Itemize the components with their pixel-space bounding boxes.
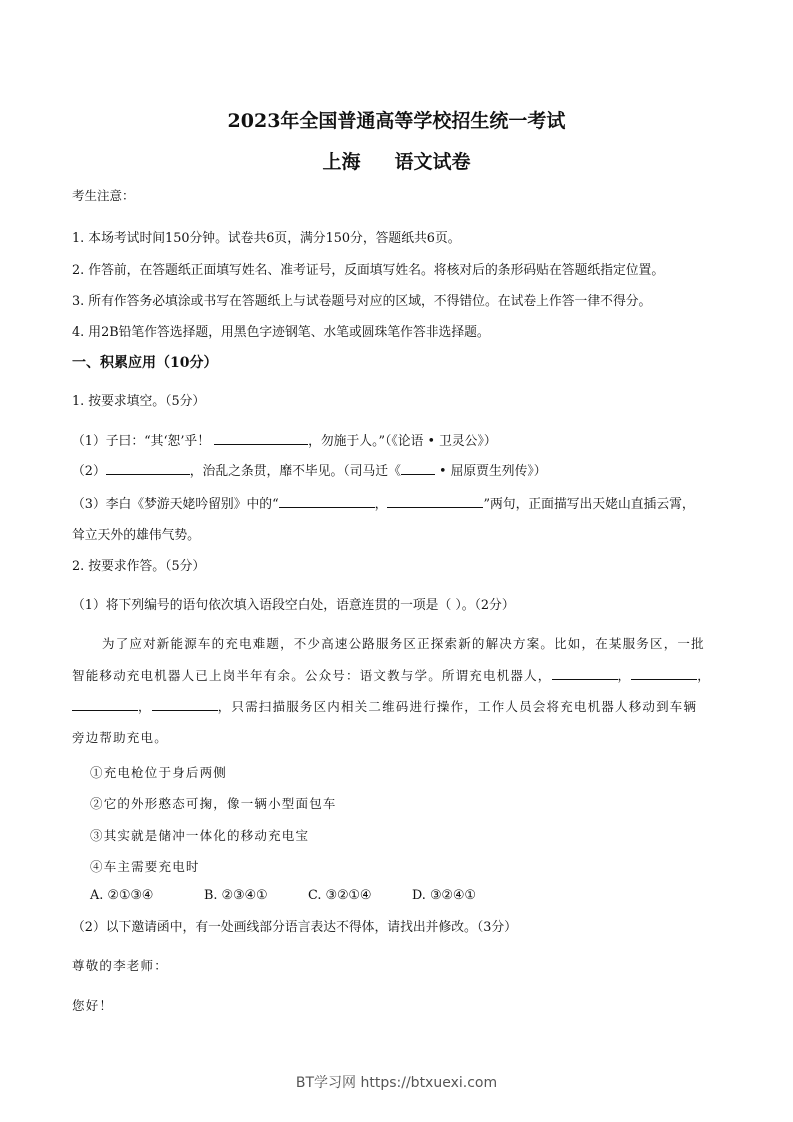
answer-blank[interactable] xyxy=(631,667,697,680)
q1-1-suffix: ，勿施于人。”（《论语 • 卫灵公》） xyxy=(308,434,497,449)
answer-blank[interactable] xyxy=(152,698,218,711)
notice-item-2: 2. 作答前，在答题纸正面填写姓名、准考证号，反面填写姓名。将核对后的条形码贴在… xyxy=(72,259,664,278)
q1-3-prefix: （3）李白《梦游天姥吟留别》中的“ xyxy=(72,497,279,512)
question-1-2: （2），治乱之条贯，靡不毕见。（司马迁《 • 屈原贾生列传》） xyxy=(72,460,547,479)
answer-blank[interactable] xyxy=(552,667,618,680)
q1-3-suffix: ”两句，正面描写出天姥山直插云霄， xyxy=(483,497,694,512)
q1-2-prefix: （2） xyxy=(72,464,106,479)
answer-blank[interactable] xyxy=(401,462,435,475)
passage-line-2: 智能移动充电机器人已上岗半年有余。公众号：语文教与学。所谓充电机器人，，， xyxy=(72,666,711,684)
watermark-footer: BT学习网 https://btxuexi.com xyxy=(0,1072,793,1092)
answer-blank[interactable] xyxy=(279,495,375,508)
section-1-heading: 一、积累应用（10分） xyxy=(72,352,217,372)
q1-1-prefix: （1）子曰：“其‘恕’乎！ xyxy=(72,434,210,449)
notice-item-3: 3. 所有作答务必填涂或书写在答题纸上与试卷题号对应的区域，不得错位。在试卷上作… xyxy=(72,290,651,309)
letter-greeting: 您好！ xyxy=(72,996,113,1014)
q1-3-mid: ， xyxy=(375,497,388,512)
passage-line-3-text: ，只需扫描服务区内相关二维码进行操作，工作人员会将充电机器人移动到车辆 xyxy=(218,699,698,714)
answer-blank[interactable] xyxy=(106,462,190,475)
comma: ， xyxy=(138,699,152,714)
passage-line-4: 旁边帮助充电。 xyxy=(72,728,168,746)
answer-blank[interactable] xyxy=(387,495,483,508)
question-1-3-line2: 耸立天外的雄伟气势。 xyxy=(72,524,200,543)
option-d[interactable]: D. ③②④① xyxy=(412,888,476,903)
passage-line-3: ，，只需扫描服务区内相关二维码进行操作，工作人员会将充电机器人移动到车辆 xyxy=(72,697,697,715)
exam-subtitle: 上海语文试卷 xyxy=(0,147,793,174)
notice-item-1: 1. 本场考试时间150分钟。试卷共6页，满分150分，答题纸共6页。 xyxy=(72,227,461,246)
passage-line-1: 为了应对新能源车的充电难题，不少高速公路服务区正探索新的解决方案。比如，在某服务… xyxy=(102,634,705,652)
sentence-1: ①充电枪位于身后两侧 xyxy=(90,763,227,781)
letter-salutation: 尊敬的李老师： xyxy=(72,956,168,974)
answer-blank[interactable] xyxy=(72,698,138,711)
passage-line-2-text: 智能移动充电机器人已上岗半年有余。公众号：语文教与学。所谓充电机器人， xyxy=(72,668,552,683)
question-2-1: （1）将下列编号的语句依次填入语段空白处，语意连贯的一项是（ ）。（2分） xyxy=(72,594,515,613)
question-2-2: （2）以下邀请函中，有一处画线部分语言表达不得体，请找出并修改。（3分） xyxy=(72,916,517,935)
notice-heading: 考生注意： xyxy=(72,186,135,204)
notice-item-4: 4. 用2B铅笔作答选择题，用黑色字迹钢笔、水笔或圆珠笔作答非选择题。 xyxy=(72,321,490,340)
sentence-2: ②它的外形憨态可掬，像一辆小型面包车 xyxy=(90,794,337,812)
question-1-1: （1）子曰：“其‘恕’乎！ ，勿施于人。”（《论语 • 卫灵公》） xyxy=(72,430,497,449)
q1-2-mid: ，治乱之条贯，靡不毕见。（司马迁《 xyxy=(190,464,401,479)
sentence-3: ③其实就是储冲一体化的移动充电宝 xyxy=(90,826,309,844)
option-c[interactable]: C. ③②①④ xyxy=(308,888,371,903)
q1-2-suffix: • 屈原贾生列传》） xyxy=(435,464,547,479)
option-a[interactable]: A. ②①③④ xyxy=(90,888,153,903)
option-b[interactable]: B. ②③④① xyxy=(204,888,267,903)
comma: ， xyxy=(697,668,711,683)
subtitle-region: 上海 xyxy=(322,151,360,173)
question-1-prompt: 1. 按要求填空。（5分） xyxy=(72,390,205,409)
answer-blank[interactable] xyxy=(214,432,308,445)
subtitle-paper: 语文试卷 xyxy=(395,151,471,173)
exam-title: 2023年全国普通高等学校招生统一考试 xyxy=(0,106,793,133)
comma: ， xyxy=(618,668,632,683)
sentence-4: ④车主需要充电时 xyxy=(90,857,200,875)
question-2-prompt: 2. 按要求作答。（5分） xyxy=(72,555,205,574)
question-1-3: （3）李白《梦游天姥吟留别》中的“，”两句，正面描写出天姥山直插云霄， xyxy=(72,493,695,512)
